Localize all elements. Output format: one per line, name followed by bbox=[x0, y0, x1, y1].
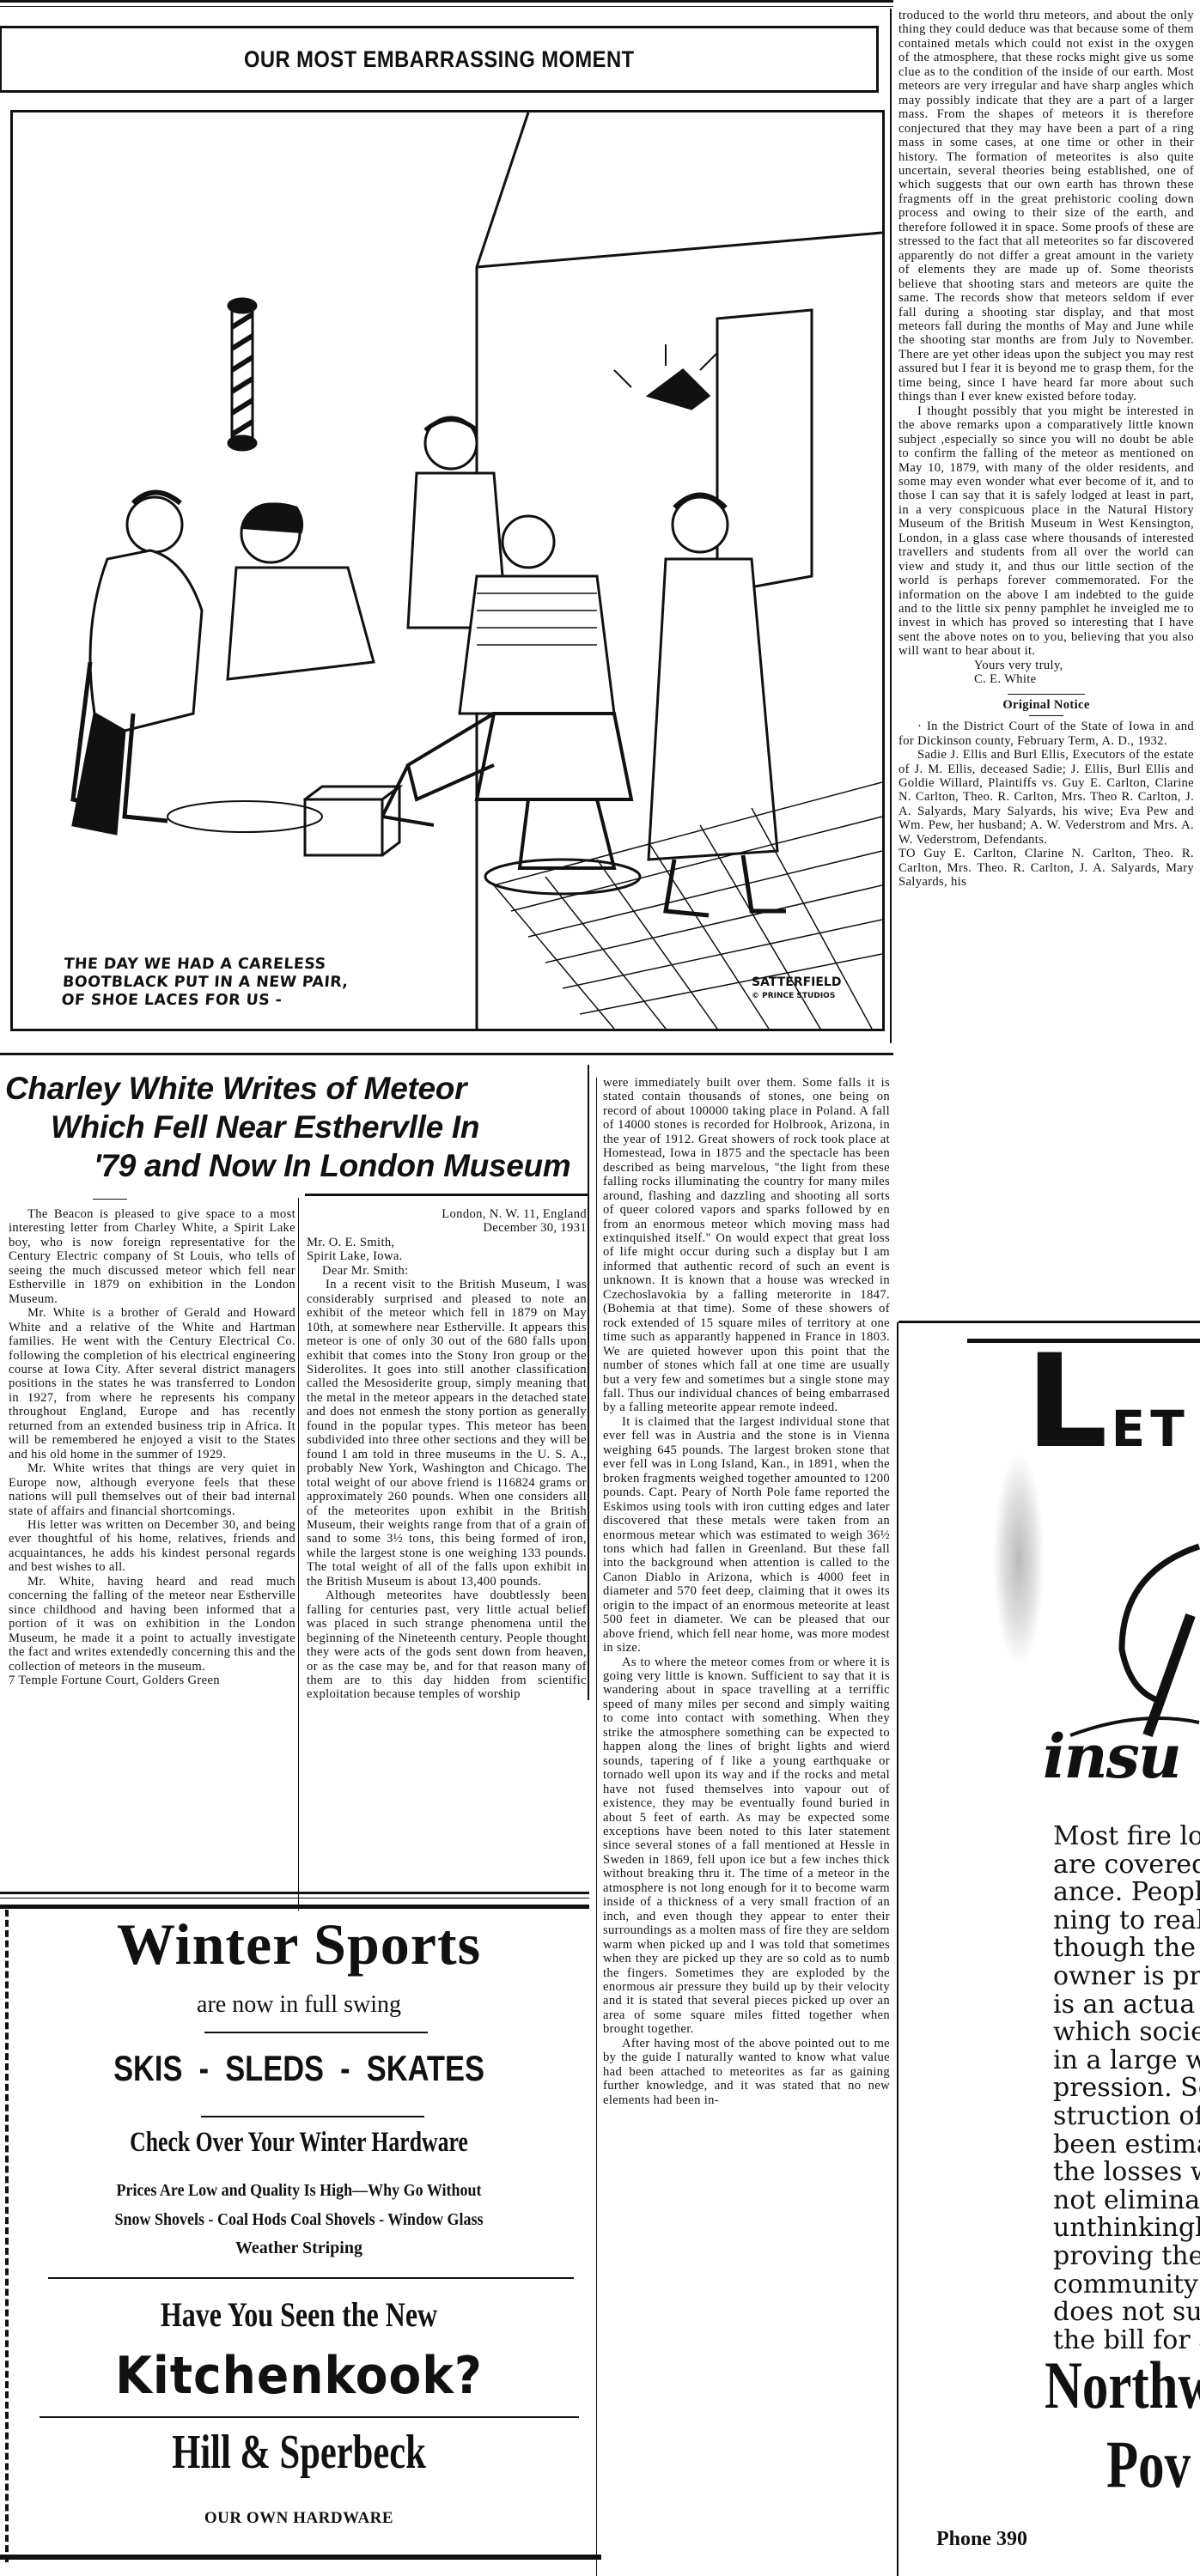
ad-body-line: are covered bbox=[1053, 1851, 1200, 1880]
column-divider bbox=[298, 1198, 299, 1911]
ad-divider bbox=[201, 2116, 424, 2117]
signer-name: C. E. White bbox=[974, 672, 1194, 686]
letter-paragraph: I thought possibly that you might be int… bbox=[898, 404, 1194, 659]
ad-products: SKIS - SLEDS - SKATES bbox=[61, 2047, 537, 2090]
intro-dash bbox=[93, 1199, 127, 1200]
ad-company-name: Northw bbox=[1045, 2352, 1200, 2419]
closing-text: Yours very truly, bbox=[974, 659, 1194, 672]
ad-divider bbox=[48, 2277, 574, 2279]
ad-body-line: which societ bbox=[1053, 2019, 1200, 2047]
ad-body-line: though the bbox=[1053, 1935, 1200, 1963]
ad-body-line: community bbox=[1053, 2271, 1200, 2300]
letter-date: December 30, 1931 bbox=[307, 1221, 587, 1235]
caption-line: OF SHOE LACES FOR US - bbox=[61, 992, 348, 1010]
ad-items-line2: Weather Striping bbox=[9, 2238, 589, 2258]
script-flourish-icon bbox=[1036, 1538, 1200, 1744]
letter-closing: Yours very truly, C. E. White bbox=[898, 659, 1194, 687]
ad-store-name: Hill & Sperbeck bbox=[78, 2425, 520, 2480]
notice-rule bbox=[1029, 715, 1063, 716]
notice-paragraph: Sadie J. Ellis and Burl Ellis, Executors… bbox=[898, 748, 1194, 847]
ad-body-line: Most fire lo bbox=[1053, 1823, 1200, 1851]
cartoon-panel: THE DAY WE HAD A CARELESS BOOTBLACK PUT … bbox=[10, 110, 885, 1031]
ad-prices-line: Prices Are Low and Quality Is High—Why G… bbox=[38, 2180, 560, 2201]
letter-column-4: troduced to the world thru meteors, and … bbox=[898, 9, 1194, 890]
letter-paragraph: As to where the meteor comes from or whe… bbox=[603, 1656, 890, 2037]
ad-product-name: Kitchenkook? bbox=[32, 2348, 566, 2404]
column-divider bbox=[890, 9, 892, 1043]
copyright-notice: © PRINCE STUDIOS bbox=[752, 989, 841, 1003]
intro-column: The Beacon is pleased to give space to a… bbox=[9, 1207, 295, 1687]
ad-phone: Phone 390 bbox=[936, 2528, 1027, 2550]
ad-items-line: Snow Shovels - Coal Hods Coal Shovels - … bbox=[38, 2209, 560, 2230]
ad-body-line: does not suf bbox=[1053, 2299, 1200, 2327]
ad-divider bbox=[40, 2416, 579, 2418]
ad-body-line: owner is pro bbox=[1053, 1963, 1200, 1991]
ad-body: Most fire lo are covered ance. People ni… bbox=[1053, 1823, 1200, 2354]
notice-paragraph: · In the District Court of the State of … bbox=[898, 720, 1194, 748]
section-rule bbox=[0, 1053, 893, 1055]
intro-paragraph: Mr. White is a brother of Gerald and How… bbox=[9, 1306, 295, 1461]
headline-rule bbox=[305, 1194, 588, 1196]
recipient-city: Spirit Lake, Iowa. bbox=[307, 1249, 587, 1263]
ad-tagline: OUR OWN HARDWARE bbox=[9, 2509, 589, 2528]
letter-paragraph: were immediately built over them. Some f… bbox=[603, 1076, 890, 1415]
address-line: 7 Temple Fortune Court, Golders Green bbox=[9, 1674, 295, 1687]
notice-title: Original Notice bbox=[898, 698, 1194, 712]
ad-check-line: Check Over Your Winter Hardware bbox=[72, 2126, 525, 2159]
section-banner: OUR MOST EMBARRASSING MOMENT bbox=[0, 26, 879, 93]
ad-body-line: ning to real bbox=[1053, 1907, 1200, 1935]
letter-paragraph: After having most of the above pointed o… bbox=[603, 2037, 890, 2107]
salutation: Dear Mr. Smith: bbox=[307, 1264, 587, 1278]
ad-body-line: unthinkingly bbox=[1053, 2215, 1200, 2243]
intro-paragraph: Mr. White, having heard and read much co… bbox=[9, 1575, 295, 1674]
letter-column-2: London, N. W. 11, England December 30, 1… bbox=[307, 1207, 587, 1702]
letter-paragraph: In a recent visit to the British Museum,… bbox=[307, 1278, 587, 1589]
section-title: OUR MOST EMBARRASSING MOMENT bbox=[244, 46, 635, 73]
artist-name: SATTERFIELD bbox=[752, 975, 841, 989]
ad-body-line: the losses wh bbox=[1053, 2159, 1200, 2187]
top-rule bbox=[0, 0, 893, 3]
headline-line: Charley White Writes of Meteor bbox=[5, 1069, 589, 1108]
headline-line: '79 and Now In London Museum bbox=[5, 1146, 589, 1185]
ad-top-rule-thin bbox=[0, 1898, 589, 1899]
recipient-name: Mr. O. E. Smith, bbox=[307, 1236, 587, 1249]
notice-rule bbox=[1008, 694, 1085, 695]
ad-body-line: pression. Soc bbox=[1053, 2075, 1200, 2103]
ad-company-name-line2: Pov bbox=[1106, 2431, 1191, 2498]
ad-body-line: proving the bbox=[1053, 2243, 1200, 2271]
ad-question: Have You Seen the New bbox=[67, 2296, 532, 2334]
letter-column-3: were immediately built over them. Some f… bbox=[603, 1076, 890, 2107]
column-divider bbox=[596, 1078, 597, 2576]
ad-border-top bbox=[0, 1905, 589, 1909]
ad-headline: Winter Sports bbox=[9, 1913, 589, 1975]
caption-line: BOOTBLACK PUT IN A NEW PAIR, bbox=[62, 974, 349, 992]
hardware-ad: Winter Sports are now in full swing SKIS… bbox=[9, 1910, 589, 2562]
top-rule-thin bbox=[0, 6, 893, 7]
intro-paragraph: His letter was written on December 30, a… bbox=[9, 1518, 295, 1575]
letter-paragraph: Although meteorites have doubtlessly bee… bbox=[307, 1589, 587, 1702]
ad-body-line: in a large wa bbox=[1053, 2047, 1200, 2075]
ad-body-line: ance. People bbox=[1053, 1879, 1200, 1907]
notice-paragraph: TO Guy E. Carlton, Clarine N. Carlton, T… bbox=[898, 847, 1194, 889]
barbershop-illustration bbox=[13, 112, 882, 1029]
ad-body-line: is an actua bbox=[1053, 1991, 1200, 2020]
column-divider bbox=[588, 1065, 589, 1700]
ad-body-line: not eliminat bbox=[1053, 2187, 1200, 2215]
headline-line: Which Fell Near Esthervlle In bbox=[5, 1108, 589, 1146]
insurance-ad: LET LET insu Most fire lo are covered an… bbox=[898, 1323, 1200, 2576]
cartoon-caption: THE DAY WE HAD A CARELESS BOOTBLACK PUT … bbox=[61, 956, 350, 1010]
ad-body-line: been estimat bbox=[1053, 2131, 1200, 2160]
ad-heading: LET bbox=[1026, 1342, 1190, 1489]
intro-paragraph: Mr. White writes that things are very qu… bbox=[9, 1461, 295, 1518]
ad-script-word: insu bbox=[1043, 1727, 1180, 1787]
artist-signature: SATTERFIELD © PRINCE STUDIOS bbox=[752, 975, 841, 1003]
ad-body-line: struction of bbox=[1053, 2103, 1200, 2131]
ad-subhead: are now in full swing bbox=[9, 1992, 589, 2018]
intro-paragraph: The Beacon is pleased to give space to a… bbox=[9, 1207, 295, 1306]
article-headline: Charley White Writes of Meteor Which Fel… bbox=[5, 1069, 589, 1185]
ad-top-rule bbox=[0, 1892, 589, 1894]
ad-bottom-rule bbox=[0, 2555, 601, 2560]
ad-divider bbox=[204, 2032, 428, 2033]
letter-paragraph: It is claimed that the largest individua… bbox=[603, 1415, 890, 1656]
letter-paragraph: troduced to the world thru meteors, and … bbox=[898, 9, 1194, 404]
letter-place: London, N. W. 11, England bbox=[307, 1207, 587, 1221]
caption-line: THE DAY WE HAD A CARELESS bbox=[64, 956, 350, 974]
